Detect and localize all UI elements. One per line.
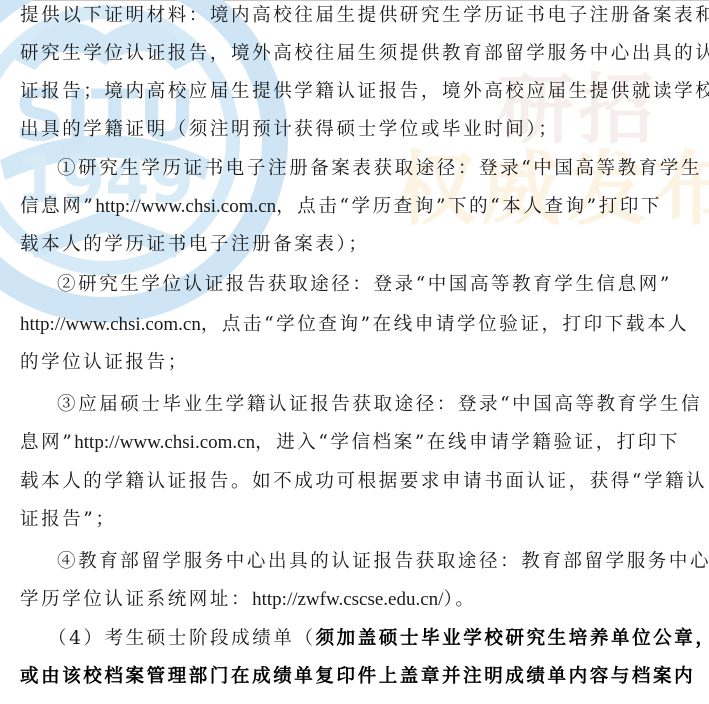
item3-line-4: 证报告”；: [20, 508, 688, 532]
intro-line-3: 证报告；境内高校应届生提供学籍认证报告，境外高校应届生提供就读学校: [20, 80, 688, 104]
section4-line-1: （4）考生硕士阶段成绩单（须加盖硕士毕业学校研究生培养单位公章，: [48, 627, 688, 651]
item2-line-1: ②研究生学位认证报告获取途径：登录“中国高等教育学生信息网”: [57, 273, 688, 297]
item3-line-3: 载本人的学籍认证报告。如不成功可根据要求申请书面认证，获得“学籍认: [20, 470, 688, 494]
section4-heading: （4）考生硕士阶段成绩单（: [48, 628, 316, 649]
chsi-link[interactable]: http://www.chsi.com.cn: [95, 196, 276, 217]
chsi-link[interactable]: http://www.chsi.com.cn: [20, 314, 201, 335]
section4-line-2: 或由该校档案管理部门在成绩单复印件上盖章并注明成绩单内容与档案内: [20, 665, 688, 689]
cscse-link[interactable]: http://zwfw.cscse.edu.cn/: [252, 589, 443, 610]
item4-line-2-after: ）。: [443, 589, 476, 610]
page-top-border: [0, 0, 709, 1]
intro-line-2: 研究生学位认证报告，境外高校往届生须提供教育部留学服务中心出具的认: [20, 42, 688, 66]
item4-line-1: ④教育部留学服务中心出具的认证报告获取途径：教育部留学服务中心: [57, 550, 688, 574]
item3-line-1: ③应届硕士毕业生学籍认证报告获取途径：登录“中国高等教育学生信: [57, 393, 688, 417]
item4-line-2: 学历学位认证系统网址：http://zwfw.cscse.edu.cn/）。: [20, 588, 688, 612]
intro-line-1: 提供以下证明材料：境内高校往届生提供研究生学历证书电子注册备案表和: [20, 4, 688, 28]
section4-bold-requirement: 须加盖硕士毕业学校研究生培养单位公章，: [316, 628, 709, 649]
item1-line-2: 信息网”http://www.chsi.com.cn，点击“学历查询”下的“本人…: [20, 195, 688, 219]
intro-line-4: 出具的学籍证明（须注明预计获得硕士学位或毕业时间）；: [20, 118, 688, 142]
item3-line-2-after: ，进入“学信档案”在线申请学籍验证，打印下: [255, 432, 680, 453]
item2-line-2-after: ，点击“学位查询”在线申请学位验证，打印下载本人: [201, 314, 689, 335]
item2-line-3: 的学位认证报告；: [20, 351, 688, 375]
item1-line-2-before: 信息网”: [20, 196, 95, 217]
item1-line-3: 载本人的学历证书电子注册备案表）；: [20, 233, 688, 257]
item1-line-1: ①研究生学历证书电子注册备案表获取途径：登录“中国高等教育学生: [57, 157, 688, 181]
item4-line-2-before: 学历学位认证系统网址：: [20, 589, 252, 610]
item3-line-2-before: 息网”: [20, 432, 74, 453]
item1-line-2-after: ，点击“学历查询”下的“本人查询”打印下: [276, 196, 662, 217]
chsi-link[interactable]: http://www.chsi.com.cn: [74, 432, 255, 453]
item2-line-2: http://www.chsi.com.cn，点击“学位查询”在线申请学位验证，…: [20, 313, 688, 337]
item3-line-2: 息网”http://www.chsi.com.cn，进入“学信档案”在线申请学籍…: [20, 431, 688, 455]
